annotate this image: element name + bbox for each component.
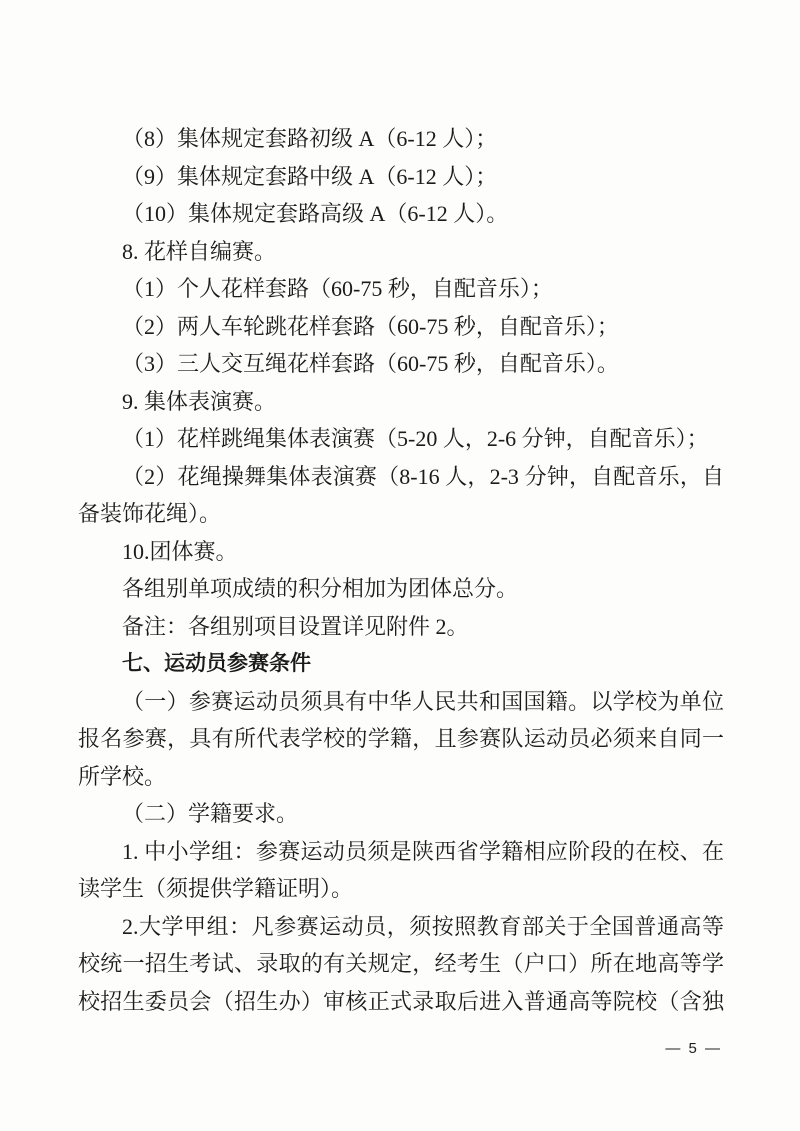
doc-line-cond-1: （一）参赛运动员须具有中华人民共和国国籍。以学校为单位	[78, 683, 724, 721]
doc-line-cond-1-cont: 报名参赛，具有所代表学校的学籍，且参赛队运动员必须来自同一	[78, 720, 724, 758]
doc-line-cond-2-1-cont: 读学生（须提供学籍证明）。	[78, 870, 724, 908]
doc-line-item-10a: （10）集体规定套路高级 A（6-12 人）。	[78, 195, 724, 233]
doc-line-note: 备注：各组别项目设置详见附件 2。	[78, 608, 724, 646]
doc-line-cond-2-2: 2.大学甲组：凡参赛运动员，须按照教育部关于全国普通高等院	[78, 908, 724, 946]
doc-line-item-9: 9. 集体表演赛。	[78, 383, 724, 421]
doc-line-item-9-2-cont: 备装饰花绳）。	[78, 495, 724, 533]
doc-line-item-9-2: （2）花绳操舞集体表演赛（8-16 人，2-3 分钟，自配音乐，自	[78, 458, 724, 496]
doc-line-cond-2-2-cont1: 校统一招生考试、录取的有关规定，经考生（户口）所在地高等学	[78, 945, 724, 983]
doc-line-item-8: 8. 花样自编赛。	[78, 233, 724, 271]
doc-line-item-8a: （8）集体规定套路初级 A（6-12 人）；	[78, 120, 724, 158]
document-body: （8）集体规定套路初级 A（6-12 人）； （9）集体规定套路中级 A（6-1…	[78, 120, 724, 1020]
doc-line-item-8-3: （3）三人交互绳花样套路（60-75 秒，自配音乐）。	[78, 345, 724, 383]
doc-line-item-8-1: （1）个人花样套路（60-75 秒，自配音乐）；	[78, 270, 724, 308]
doc-line-cond-2-2-cont2: 校招生委员会（招生办）审核正式录取后进入普通高等院校（含独	[78, 983, 724, 1021]
doc-line-cond-1-end: 所学校。	[78, 758, 724, 796]
page-number: — 5 —	[665, 1040, 722, 1057]
section-heading-7: 七、运动员参赛条件	[78, 645, 724, 683]
document-page: （8）集体规定套路初级 A（6-12 人）； （9）集体规定套路中级 A（6-1…	[0, 0, 800, 1131]
doc-line-item-10: 10.团体赛。	[78, 533, 724, 571]
doc-line-cond-2: （二）学籍要求。	[78, 795, 724, 833]
doc-line-item-9a: （9）集体规定套路中级 A（6-12 人）；	[78, 158, 724, 196]
doc-line-cond-2-1: 1. 中小学组：参赛运动员须是陕西省学籍相应阶段的在校、在	[78, 833, 724, 871]
doc-line-item-9-1: （1）花样跳绳集体表演赛（5-20 人，2-6 分钟，自配音乐）；	[78, 420, 724, 458]
doc-line-item-8-2: （2）两人车轮跳花样套路（60-75 秒，自配音乐）；	[78, 308, 724, 346]
doc-line-team-score: 各组别单项成绩的积分相加为团体总分。	[78, 570, 724, 608]
